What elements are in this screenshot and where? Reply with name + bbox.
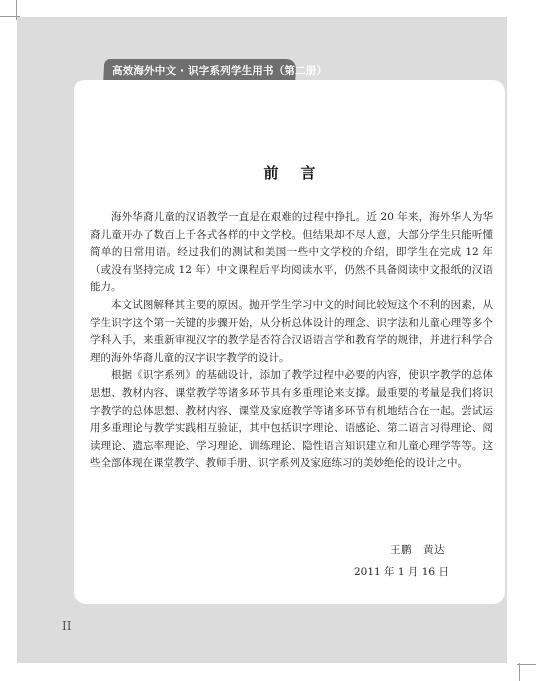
signature-block: 王鹏 黄达 2011 年 1 月 16 日 (354, 539, 464, 583)
page-title: 前言 (74, 162, 505, 183)
crop-mark-bottom-right-v (519, 663, 520, 681)
paragraph-1: 海外华裔儿童的汉语教学一直是在艰难的过程中挣扎。近 20 年来，海外华人为华裔儿… (90, 209, 493, 297)
signature-date: 2011 年 1 月 16 日 (354, 561, 464, 583)
signature-authors: 王鹏 黄达 (354, 539, 464, 561)
paragraph-3: 根据《识字系列》的基础设计，添加了教学过程中必要的内容，使识字教学的总体思想、教… (90, 367, 493, 473)
page-number: II (62, 619, 71, 633)
series-title: 高效海外中文 · 识字系列学生用书（第二册） (112, 63, 327, 78)
paragraph-2: 本文试图解释其主要的原因。抛开学生学习中文的时间比较短这个不利的因素，从学生识字… (90, 297, 493, 367)
content-panel: 前言 海外华裔儿童的汉语教学一直是在艰难的过程中挣扎。近 20 年来，海外华人为… (74, 80, 505, 604)
preface-body: 海外华裔儿童的汉语教学一直是在艰难的过程中挣扎。近 20 年来，海外华人为华裔儿… (90, 209, 493, 473)
